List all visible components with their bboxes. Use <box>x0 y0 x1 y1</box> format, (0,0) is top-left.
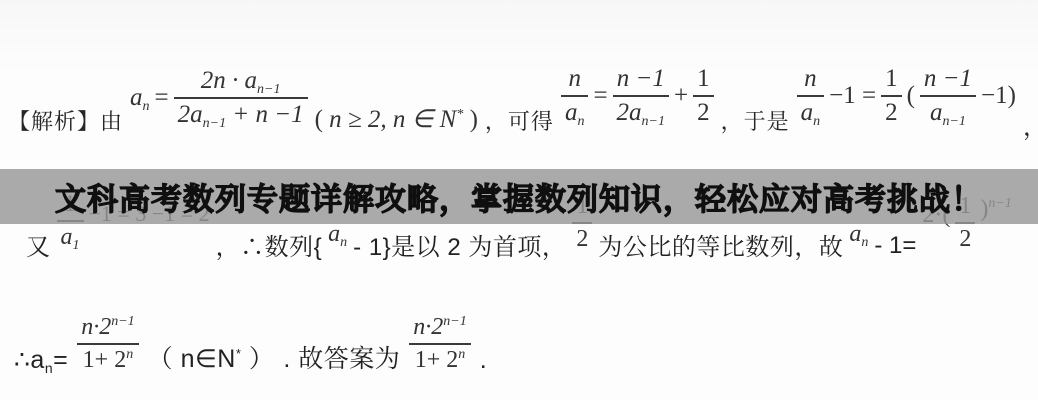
fraction: n an <box>797 65 825 126</box>
math-token: a <box>849 221 861 247</box>
math-token: n <box>804 65 817 92</box>
analysis-prefix: 【解析】由 <box>8 105 123 136</box>
final-period: . <box>480 346 487 375</box>
banner-text: 文科高考数列专题详解攻略，掌握数列知识，轻松应对高考挑战！ <box>55 174 983 219</box>
first-term-statement: - 1}是以 2 为首项， <box>353 227 566 262</box>
math-sub: n−1 <box>203 116 226 131</box>
answer-fraction: n·2n−1 1+ 2n <box>409 314 470 373</box>
math-token: n −1 <box>617 65 665 92</box>
math-token: 1 <box>885 65 898 92</box>
math-sub: n−1 <box>257 82 280 97</box>
answer-fraction: n·2n−1 1+ 2n <box>77 314 138 373</box>
equals-sign: = <box>593 82 607 110</box>
raised-an-term: an <box>849 221 868 248</box>
math-token: ∴a <box>14 346 45 374</box>
math-token: n·2 <box>413 314 443 340</box>
fraction: 1 2 <box>693 65 714 126</box>
trailing-comma: ， <box>1023 107 1038 142</box>
promo-banner: 文科高考数列专题详解攻略，掌握数列知识，轻松应对高考挑战！ <box>0 169 1038 224</box>
document-page: 【解析】由 an = 2n · an−1 2an−1 + n −1 ( n ≥ … <box>0 0 1038 400</box>
math-token: 1+ 2 <box>415 347 459 373</box>
math-token: n ≥ 2, n ∈ N <box>329 106 456 133</box>
domain-condition: ( n ≥ 2, n ∈ N* ) <box>315 104 478 134</box>
formula-geometric-relation: n an −1 = 1 2 ( n −1 an−1 −1) <box>797 65 1016 126</box>
math-sub: n <box>143 99 150 114</box>
math-token: a <box>61 224 73 250</box>
equals-sign: = <box>155 84 169 112</box>
math-token: −1) <box>981 82 1016 110</box>
math-sup: n <box>458 347 465 362</box>
connector-kede: ，可得 <box>485 105 554 136</box>
math-sub: n <box>577 114 584 129</box>
paren-close: ) <box>463 106 478 133</box>
plus-sign: + <box>674 82 688 110</box>
math-sup: n <box>126 347 133 362</box>
math-token: 1+ 2 <box>83 347 127 373</box>
formula-ratio-relation: n an = n −1 2an−1 + 1 2 <box>561 65 714 126</box>
you-label: 又 <box>26 227 51 262</box>
math-sub: n <box>340 235 347 250</box>
paren-open: ( <box>315 106 330 133</box>
fraction: n −1 an−1 <box>920 65 976 126</box>
math-token: 1 <box>697 65 710 92</box>
math-sup: n−1 <box>111 314 134 329</box>
math-token: a <box>328 221 340 247</box>
math-sub: n <box>861 235 868 250</box>
math-sub: n−1 <box>942 114 965 129</box>
math-token: n <box>568 65 581 92</box>
sequence-statement-open: ，∴数列{ <box>216 227 323 262</box>
math-sup: n−1 <box>443 314 466 329</box>
paren-close: ） <box>241 345 274 373</box>
fraction: 2n · an−1 2an−1 + n −1 <box>174 67 308 128</box>
math-token: a <box>130 84 143 111</box>
answer-label: . 故答案为 <box>283 339 400 375</box>
math-token: 2 <box>885 99 898 126</box>
math-token: 2a <box>617 99 642 126</box>
connector-yushi: ，于是 <box>721 105 790 136</box>
raised-an-term: an <box>328 221 347 248</box>
therefore-an-equals: ∴an= <box>14 345 68 375</box>
formula-an-recurrence: an = 2n · an−1 2an−1 + n −1 <box>130 67 308 128</box>
math-token: + n −1 <box>226 101 304 128</box>
math-sub: n−1 <box>642 114 665 129</box>
math-sub: n <box>813 114 820 129</box>
math-token: n −1 <box>924 65 972 92</box>
math-token: 2 <box>959 226 971 252</box>
paren-open: ( <box>907 82 915 110</box>
math-sub: n <box>45 360 53 376</box>
math-token: 2 <box>697 99 710 126</box>
math-token: 2n · a <box>201 67 257 94</box>
fraction: 1 2 <box>881 65 902 126</box>
fraction: n an <box>561 65 589 126</box>
analysis-line: 【解析】由 an = 2n · an−1 2an−1 + n −1 ( n ≥ … <box>8 52 1038 144</box>
equals-sign: = <box>53 346 68 374</box>
fraction: n −1 2an−1 <box>613 65 669 126</box>
domain-note: （ n∈N* ） <box>148 339 275 375</box>
math-token: 2a <box>178 101 203 128</box>
math-token: a <box>565 99 578 126</box>
math-token: a <box>930 99 943 126</box>
math-token: （ n∈N <box>148 345 236 373</box>
math-token: n·2 <box>81 314 111 340</box>
math-token: 2 <box>576 226 588 252</box>
answer-line: ∴an= n·2n−1 1+ 2n （ n∈N* ） . 故答案为 n·2n−1… <box>14 293 487 387</box>
math-token: a <box>801 99 814 126</box>
math-sub: 1 <box>73 238 80 253</box>
ratio-statement: 为公比的等比数列，故 <box>598 227 843 262</box>
minus-one-equals: - 1= <box>874 232 916 260</box>
math-token: −1 = <box>829 82 876 110</box>
